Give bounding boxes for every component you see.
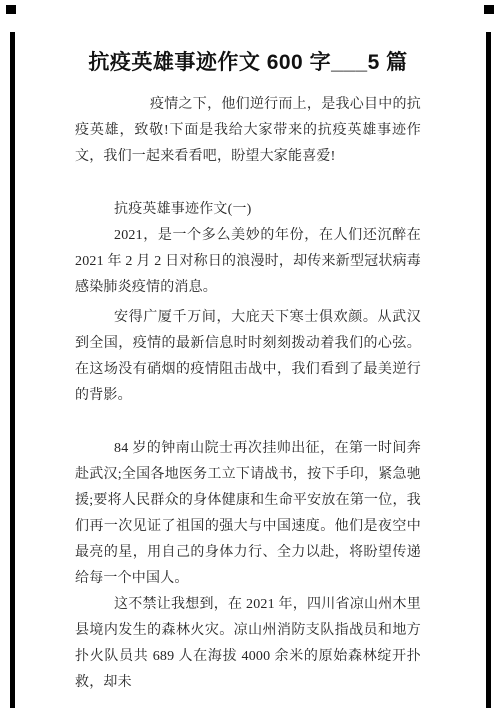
body-paragraph-3: 84 岁的钟南山院士再次挂帅出征，在第一时间奔赴武汉;全国各地医务工立下请战书，… — [75, 436, 421, 592]
document-content: 抗疫英雄事迹作文 600 字___5 篇 疫情之下，他们逆行而上，是我心目中的抗… — [75, 0, 421, 696]
scan-corner-mark-top-right — [484, 5, 494, 14]
body-paragraph-2: 安得广厦千万间，大庇天下寒士俱欢颜。从武汉到全国，疫情的最新信息时时刻刻拨动着我… — [75, 305, 421, 409]
document-page: 抗疫英雄事迹作文 600 字___5 篇 疫情之下，他们逆行而上，是我心目中的抗… — [0, 0, 500, 708]
document-title: 抗疫英雄事迹作文 600 字___5 篇 — [75, 50, 421, 76]
scan-corner-mark-top-left — [6, 5, 16, 14]
body-paragraph-1: 2021，是一个多么美妙的年份，在人们还沉醉在 2021 年 2 月 2 日对称… — [75, 223, 421, 301]
scan-edge-bar-right — [486, 32, 491, 708]
section-heading: 抗疫英雄事迹作文(一) — [75, 197, 421, 223]
scan-edge-bar-left — [10, 32, 15, 708]
intro-paragraph: 疫情之下，他们逆行而上，是我心目中的抗疫英雄，致敬!下面是我给大家带来的抗疫英雄… — [75, 92, 421, 170]
body-paragraph-4: 这不禁让我想到，在 2021 年，四川省凉山州木里县境内发生的森林火灾。凉山州消… — [75, 592, 421, 696]
